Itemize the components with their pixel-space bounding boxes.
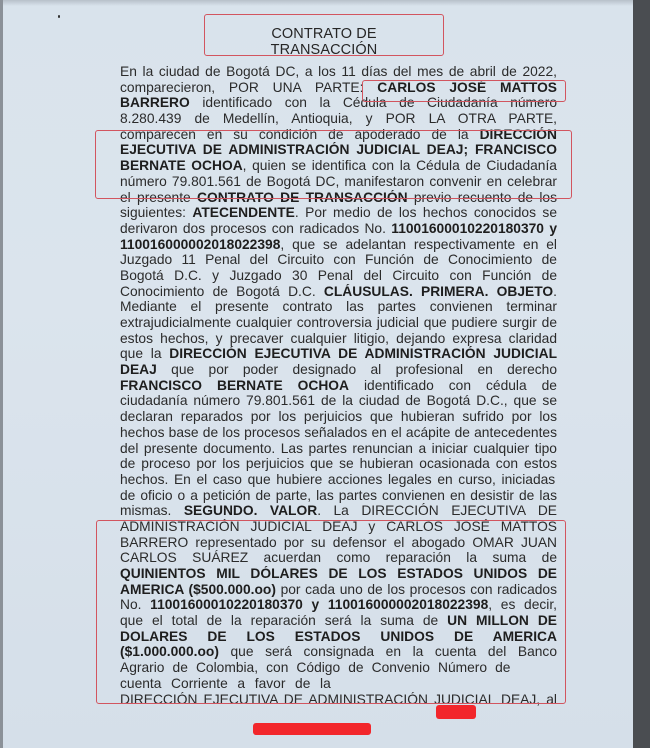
text-line-content: del presente documento. Las partes renun…	[120, 441, 557, 457]
text-line: estos hechos, y precaver cualquier litig…	[120, 331, 557, 347]
bold-run: SEGUNDO. VALOR	[184, 503, 317, 518]
text-run: de oficio o a petición de parte, las par…	[120, 488, 557, 503]
text-line: Bogotá D.C. y Juzgado 30 Penal del Circu…	[120, 268, 557, 284]
text-line: extrajudicialmente cualquier controversi…	[120, 315, 557, 331]
text-line-content: de oficio o a petición de parte, las par…	[120, 488, 557, 504]
text-run: hechos. En el caso que hubiere acciones …	[120, 472, 555, 487]
text-line-content: mismas. SEGUNDO. VALOR. La DIRECCIÓN EJE…	[120, 503, 557, 519]
text-run: ciudadanía número 79.801.561 de la ciuda…	[120, 393, 557, 408]
text-run: de proceso por los perjuicios que se hub…	[120, 456, 557, 471]
bold-run: 110016000002018022398	[120, 237, 280, 252]
bold-run: CLÁUSULAS. PRIMERA. OBJETO	[324, 284, 553, 299]
text-line-content: Conocimiento de Bogotá D.C. CLÁUSULAS. P…	[120, 284, 557, 300]
bold-run: DIRECCIÓN EJECUTIVA DE ADMINISTRACIÓN JU…	[169, 346, 557, 361]
text-line: FRANCISCO BERNATE OCHOA identificado con…	[120, 378, 557, 394]
text-run: declaran reparados por los perjuicios qu…	[120, 409, 557, 424]
text-line-content: estos hechos, y precaver cualquier litig…	[120, 331, 557, 347]
text-run: En la ciudad de Bogotá DC, a los 11 días…	[120, 64, 557, 79]
text-line-content: extrajudicialmente cualquier controversi…	[120, 315, 557, 331]
text-run: que la	[120, 346, 169, 361]
text-run: 8.280.439 de Medellín, Antioquia, y POR …	[120, 111, 557, 126]
highlight-box-deaj-representative	[95, 130, 572, 199]
bold-run: ATECENDENTE	[192, 205, 294, 220]
text-line: 110016000002018022398, que se adelantan …	[120, 237, 557, 253]
text-run: . La DIRECCIÓN EJECUTIVA DE	[317, 503, 557, 518]
text-line: de oficio o a petición de parte, las par…	[120, 488, 557, 504]
text-line: de proceso por los perjuicios que se hub…	[120, 456, 557, 472]
text-run: identificado con cédula de	[349, 378, 557, 393]
text-line: del presente documento. Las partes renun…	[120, 441, 557, 457]
text-line-content: Mediante el presente contrato las partes…	[120, 299, 557, 315]
text-line: siguientes: ATECENDENTE. Por medio de lo…	[120, 205, 557, 221]
text-line-content: DEAJ que por poder designado al profesio…	[120, 362, 557, 378]
text-line-content: declaran reparados por los perjuicios qu…	[120, 409, 557, 425]
text-run: Mediante el presente contrato las partes…	[120, 299, 557, 314]
text-run: estos hechos, y precaver cualquier litig…	[120, 331, 557, 346]
text-line-content: hechos base de los procesos señalados en…	[120, 425, 557, 441]
text-line: 8.280.439 de Medellín, Antioquia, y POR …	[120, 111, 557, 127]
highlight-box-party-name	[362, 80, 566, 102]
text-line: hechos. En el caso que hubiere acciones …	[120, 472, 557, 488]
text-run: mismas.	[120, 503, 184, 518]
text-line-content: derivaron dos procesos con radicados No.…	[120, 221, 557, 237]
text-run: que por poder designado al profesional e…	[157, 362, 557, 377]
text-line-content: siguientes: ATECENDENTE. Por medio de lo…	[120, 205, 557, 221]
bold-run: FRANCISCO BERNATE OCHOA	[120, 378, 349, 393]
text-run: , que se adelantan respectivamente en el	[280, 237, 557, 252]
text-line: En la ciudad de Bogotá DC, a los 11 días…	[120, 64, 557, 80]
text-run: extrajudicialmente cualquier controversi…	[120, 315, 557, 330]
page-top-shadow	[3, 0, 636, 6]
redaction-codigo-convenio	[436, 705, 476, 719]
text-line: derivaron dos procesos con radicados No.…	[120, 221, 557, 237]
text-line: declaran reparados por los perjuicios qu…	[120, 409, 557, 425]
bold-run: BARRERO	[120, 95, 190, 110]
text-line-content: En la ciudad de Bogotá DC, a los 11 días…	[120, 64, 557, 80]
text-line-content: de proceso por los perjuicios que se hub…	[120, 456, 557, 472]
text-run: comparecieron, POR UNA PARTE:	[120, 80, 377, 95]
text-run: Juzgado 11 Penal del Circuito con Funció…	[120, 252, 557, 267]
text-run: del presente documento. Las partes renun…	[120, 441, 557, 456]
text-line: Juzgado 11 Penal del Circuito con Funció…	[120, 252, 557, 268]
text-line: DEAJ que por poder designado al profesio…	[120, 362, 557, 378]
bold-run: 11001600010220180370 y	[391, 221, 557, 236]
text-line-content: 110016000002018022398, que se adelantan …	[120, 237, 557, 253]
speck-mark	[58, 15, 60, 18]
highlight-box-title	[204, 14, 444, 56]
text-line: mismas. SEGUNDO. VALOR. La DIRECCIÓN EJE…	[120, 503, 557, 519]
viewer-side-strip	[633, 0, 650, 748]
text-line: Mediante el presente contrato las partes…	[120, 299, 557, 315]
text-run: Conocimiento de Bogotá D.C.	[120, 284, 324, 299]
text-line: que la DIRECCIÓN EJECUTIVA DE ADMINISTRA…	[120, 346, 557, 362]
redaction-numero-cuenta	[253, 723, 371, 735]
text-run: derivaron dos procesos con radicados No.	[120, 221, 391, 236]
text-line-content: Bogotá D.C. y Juzgado 30 Penal del Circu…	[120, 268, 557, 284]
text-line: hechos base de los procesos señalados en…	[120, 425, 557, 441]
highlight-box-valor-clause	[96, 520, 566, 704]
text-run: .	[553, 284, 557, 299]
text-line-content: FRANCISCO BERNATE OCHOA identificado con…	[120, 378, 557, 394]
text-line-content: ciudadanía número 79.801.561 de la ciuda…	[120, 393, 557, 409]
text-line-content: hechos. En el caso que hubiere acciones …	[120, 472, 555, 488]
document-page: CONTRATO DE TRANSACCIÓN En la ciudad de …	[0, 0, 633, 748]
text-line: ciudadanía número 79.801.561 de la ciuda…	[120, 393, 557, 409]
text-line-content: Juzgado 11 Penal del Circuito con Funció…	[120, 252, 557, 268]
text-line-content: que la DIRECCIÓN EJECUTIVA DE ADMINISTRA…	[120, 346, 557, 362]
bold-run: DEAJ	[120, 362, 157, 377]
text-run: Bogotá D.C. y Juzgado 30 Penal del Circu…	[120, 268, 557, 283]
text-run: . Por medio de los hechos conocidos se	[295, 205, 557, 220]
text-run: hechos base de los procesos señalados en…	[120, 425, 557, 440]
text-line: Conocimiento de Bogotá D.C. CLÁUSULAS. P…	[120, 284, 557, 300]
text-run: siguientes:	[120, 205, 192, 220]
text-line-content: 8.280.439 de Medellín, Antioquia, y POR …	[120, 111, 557, 127]
